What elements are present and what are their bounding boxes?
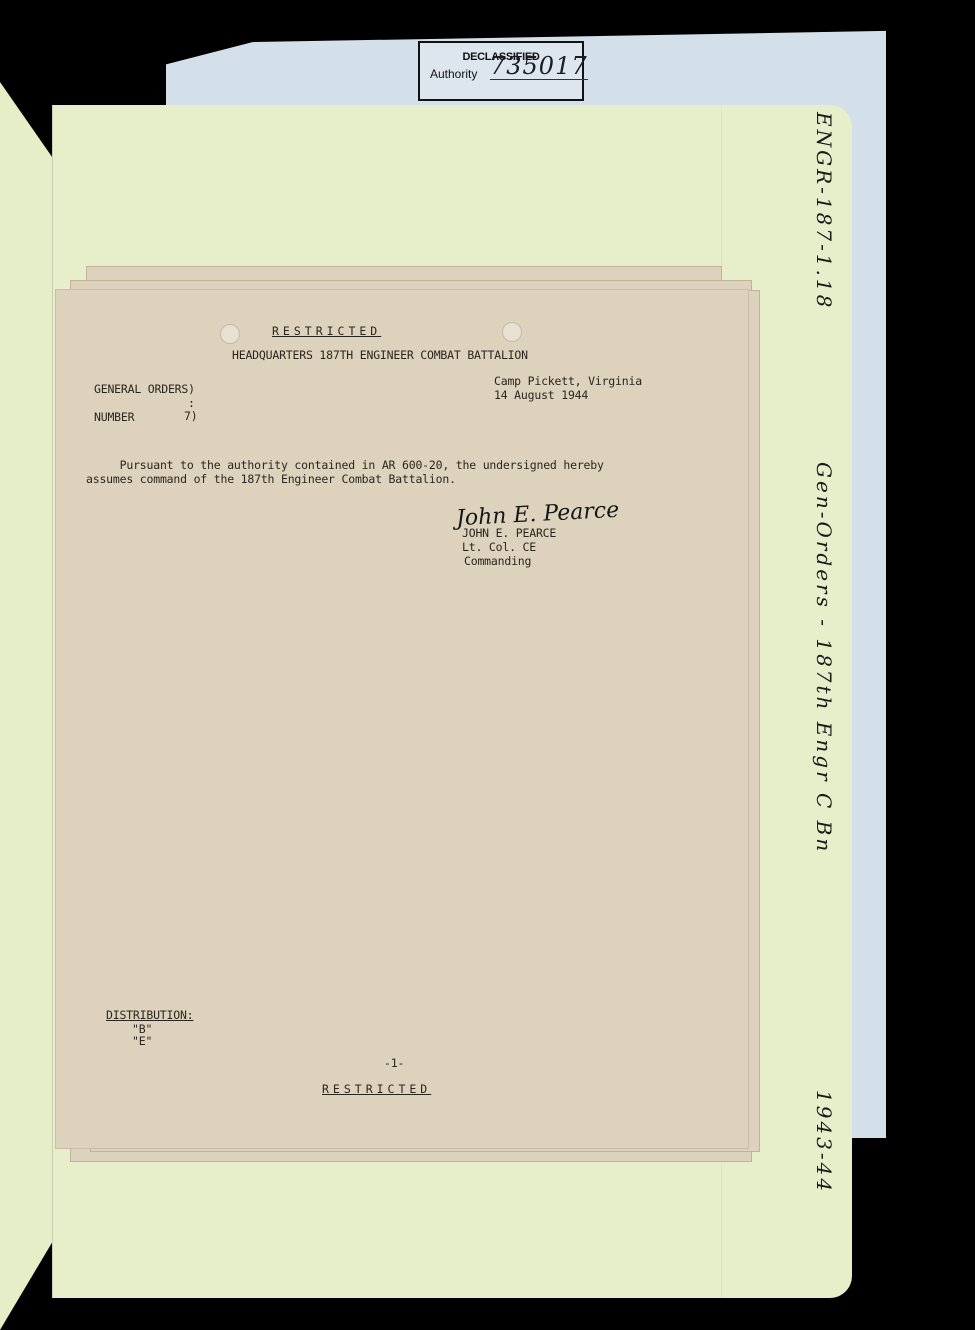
distribution-item: "E" (132, 1034, 152, 1048)
authority-label: Authority (430, 67, 477, 81)
typed-document-page: RESTRICTED HEADQUARTERS 187TH ENGINEER C… (56, 290, 748, 1148)
signatory-role: Commanding (464, 554, 531, 568)
classification-bottom: RESTRICTED (322, 1082, 431, 1096)
declassification-stamp: DECLASSIFIED Authority 735017 (418, 41, 584, 101)
distribution-label: DISTRIBUTION: (106, 1008, 193, 1022)
punch-hole (220, 324, 240, 344)
margin-note-file-code: ENGR-187-1.18 (812, 112, 836, 310)
document-header: HEADQUARTERS 187TH ENGINEER COMBAT BATTA… (232, 348, 528, 362)
folder-back-flap (0, 82, 52, 1330)
order-type: GENERAL ORDERS) (94, 382, 195, 396)
page-number: -1- (384, 1056, 404, 1070)
margin-note-subject: Gen-Orders - 187th Engr C Bn (812, 462, 836, 854)
location: Camp Pickett, Virginia (494, 374, 642, 388)
margin-note-years: 1943-44 (812, 1090, 836, 1194)
classification-top: RESTRICTED (272, 324, 381, 338)
body-line-1: Pursuant to the authority contained in A… (86, 458, 604, 472)
date: 14 August 1944 (494, 388, 588, 402)
authority-number: 735017 (490, 53, 588, 80)
signatory-rank: Lt. Col. CE (462, 540, 536, 554)
order-colon: : (188, 396, 195, 410)
order-number-label: NUMBER (94, 410, 134, 424)
punch-hole (502, 322, 522, 342)
body-line-2: assumes command of the 187th Engineer Co… (86, 472, 456, 486)
order-number: 7) (184, 409, 197, 423)
